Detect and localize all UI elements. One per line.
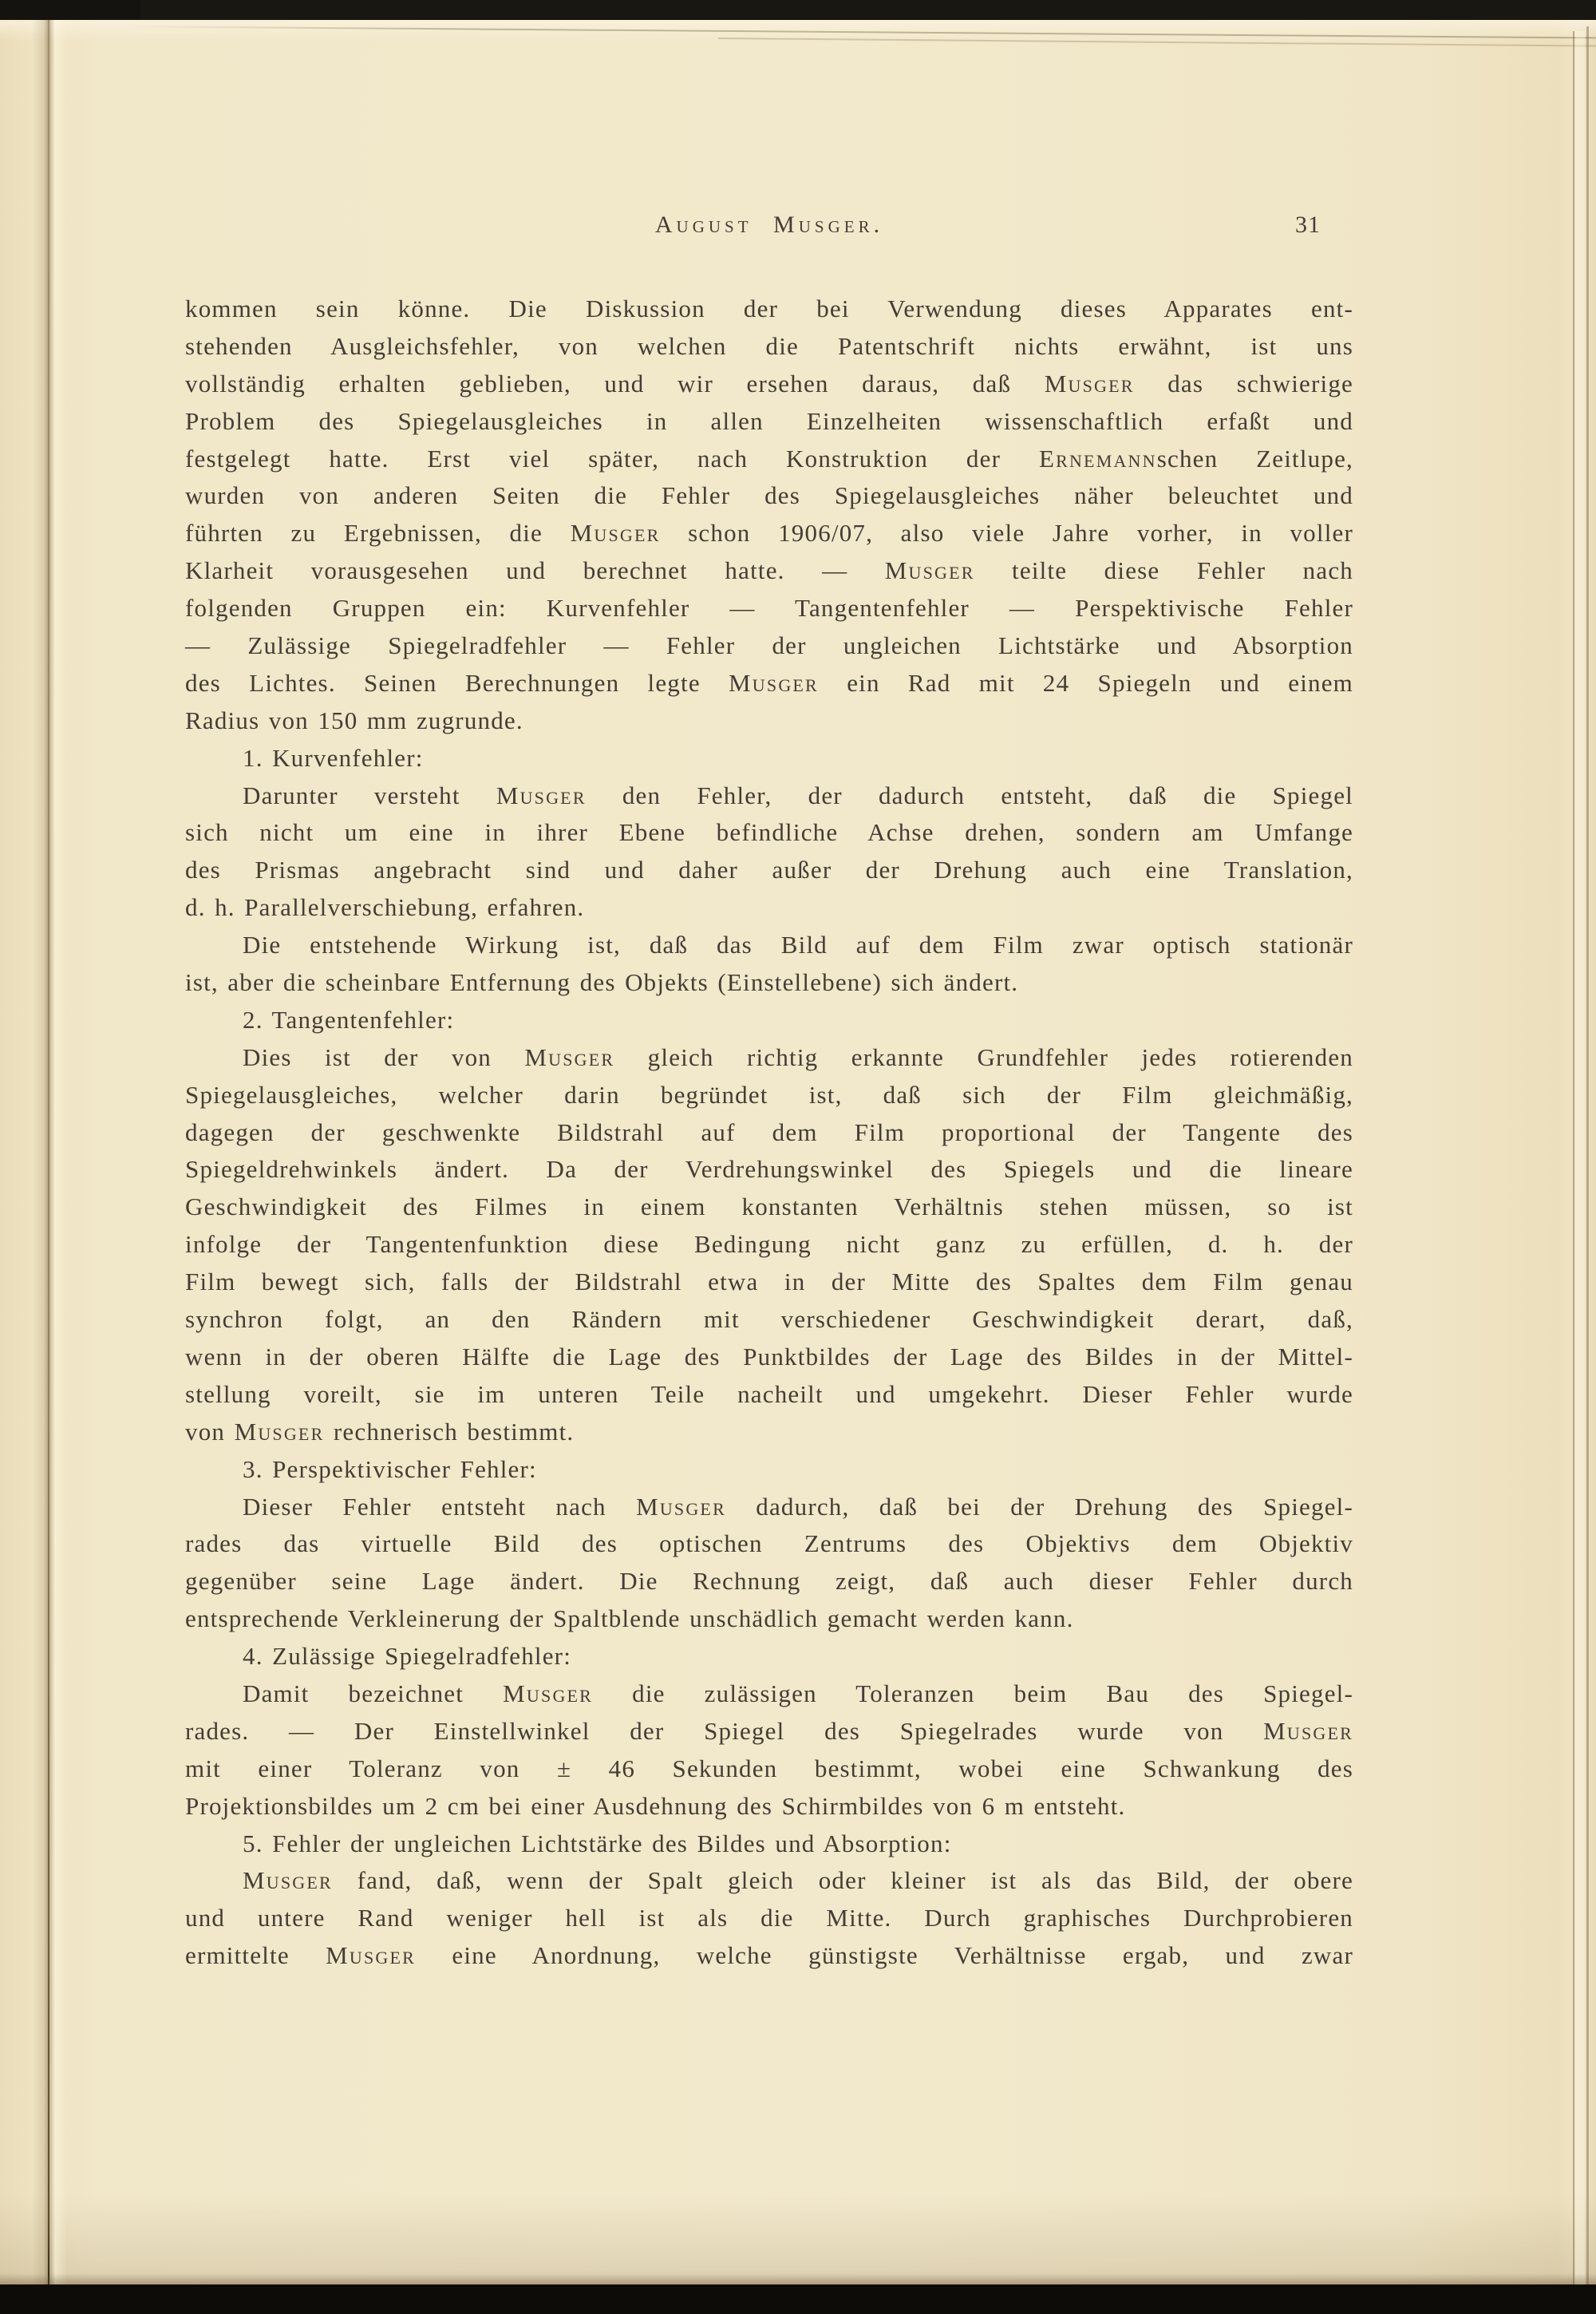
text-line: kommen sein könne. Die Diskussion der be…: [185, 291, 1353, 328]
text-line: synchron folgt, an den Rändern mit versc…: [185, 1301, 1353, 1339]
running-header-title: August Musger.: [185, 207, 1353, 243]
smallcaps-name: Musger: [524, 1043, 614, 1071]
text-line: 5. Fehler der ungleichen Lichtstärke des…: [185, 1825, 1353, 1863]
text-line: führten zu Ergebnissen, die Musger schon…: [185, 515, 1353, 552]
binding-gutter-fold-line: [48, 20, 49, 2284]
body-text: kommen sein könne. Die Diskussion der be…: [185, 291, 1353, 1975]
text-line: rades. — Der Einstellwinkel der Spiegel …: [185, 1713, 1353, 1750]
text-line: folgenden Gruppen ein: Kurvenfehler — Ta…: [185, 590, 1353, 627]
text-line: von Musger rechnerisch bestimmt.: [185, 1414, 1353, 1451]
text-line: 3. Perspektivischer Fehler:: [185, 1451, 1353, 1489]
text-line: mit einer Toleranz von ± 46 Sekunden bes…: [185, 1750, 1353, 1788]
text-line: Die entstehende Wirkung ist, daß das Bil…: [185, 927, 1353, 964]
smallcaps-name: Musger: [885, 556, 975, 584]
page-edge-right-line: [1586, 26, 1589, 2284]
text-line: Dies ist der von Musger gleich richtig e…: [185, 1039, 1353, 1077]
text-line: ist, aber die scheinbare Entfernung des …: [185, 964, 1353, 1002]
running-header-row: August Musger. 31: [185, 207, 1353, 243]
smallcaps-name: Musger: [1263, 1717, 1353, 1745]
text-line: des Lichtes. Seinen Berechnungen legte M…: [185, 665, 1353, 702]
smallcaps-name: Musger: [636, 1493, 726, 1521]
text-line: 1. Kurvenfehler:: [185, 740, 1353, 777]
text-line: und untere Rand weniger hell ist als die…: [185, 1900, 1353, 1937]
text-line: Projektionsbildes um 2 cm bei einer Ausd…: [185, 1788, 1353, 1825]
binding-gutter: [32, 20, 67, 2284]
smallcaps-name: Musger: [496, 781, 587, 809]
text-line: d. h. Parallelverschiebung, erfahren.: [185, 889, 1353, 927]
book-page-scan: August Musger. 31 kommen sein könne. Die…: [0, 0, 1596, 2314]
smallcaps-name: Musger: [243, 1866, 333, 1894]
smallcaps-name: Musger: [571, 519, 661, 547]
text-line: des Prismas angebracht sind und daher au…: [185, 852, 1353, 889]
text-line: wenn in der oberen Hälfte die Lage des P…: [185, 1339, 1353, 1376]
text-line: — Zulässige Spiegelradfehler — Fehler de…: [185, 627, 1353, 665]
text-line: Spiegeldrehwinkels ändert. Da der Verdre…: [185, 1151, 1353, 1189]
text-line: wurden von anderen Seiten die Fehler des…: [185, 477, 1353, 515]
text-line: rades das virtuelle Bild des optischen Z…: [185, 1525, 1353, 1563]
page-stack-edge-line: [120, 26, 1596, 39]
text-line: Musger fand, daß, wenn der Spalt gleich …: [185, 1862, 1353, 1900]
text-line: Problem des Spiegelausgleiches in allen …: [185, 403, 1353, 441]
text-line: Dieser Fehler entsteht nach Musger dadur…: [185, 1489, 1353, 1526]
scan-edge-top: [0, 0, 1596, 20]
text-line: entsprechende Verkleinerung der Spaltble…: [185, 1600, 1353, 1638]
text-line: festgelegt hatte. Erst viel später, nach…: [185, 441, 1353, 478]
text-line: Geschwindigkeit des Filmes in einem kons…: [185, 1189, 1353, 1226]
page-paper: August Musger. 31 kommen sein könne. Die…: [0, 20, 1596, 2284]
text-line: infolge der Tangentenfunktion diese Bedi…: [185, 1226, 1353, 1264]
text-line: Film bewegt sich, falls der Bildstrahl e…: [185, 1264, 1353, 1301]
text-line: Darunter versteht Musger den Fehler, der…: [185, 777, 1353, 815]
scan-edge-bottom: [0, 2284, 1596, 2314]
text-line: 2. Tangentenfehler:: [185, 1002, 1353, 1039]
text-line: dagegen der geschwenkte Bildstrahl auf d…: [185, 1114, 1353, 1152]
page-edge-right-highlight: [1575, 31, 1585, 2284]
smallcaps-name: Musger: [503, 1679, 593, 1707]
text-line: vollständig erhalten geblieben, und wir …: [185, 366, 1353, 403]
smallcaps-name: Musger: [1045, 370, 1135, 398]
text-line: ermittelte Musger eine Anordnung, welche…: [185, 1937, 1353, 1975]
text-line: 4. Zulässige Spiegelradfehler:: [185, 1638, 1353, 1675]
smallcaps-name: Musger: [326, 1941, 416, 1969]
text-line: stellung voreilt, sie im unteren Teile n…: [185, 1376, 1353, 1414]
text-line: stehenden Ausgleichsfehler, von welchen …: [185, 328, 1353, 366]
text-line: Klarheit vorausgesehen und berechnet hat…: [185, 552, 1353, 590]
smallcaps-name: Musger: [235, 1418, 325, 1446]
smallcaps-name: Ernemann: [1039, 445, 1157, 473]
page-number: 31: [1295, 207, 1321, 243]
text-line: Radius von 150 mm zugrunde.: [185, 702, 1353, 740]
text-line: sich nicht um eine in ihrer Ebene befind…: [185, 814, 1353, 852]
page-stack-edge-line: [718, 38, 1596, 47]
page-edge-right-line: [1573, 31, 1574, 2284]
text-line: Spiegelausgleiches, welcher darin begrün…: [185, 1077, 1353, 1114]
smallcaps-name: Musger: [729, 669, 819, 697]
text-line: Damit bezeichnet Musger die zulässigen T…: [185, 1675, 1353, 1713]
text-line: gegenüber seine Lage ändert. Die Rechnun…: [185, 1563, 1353, 1600]
